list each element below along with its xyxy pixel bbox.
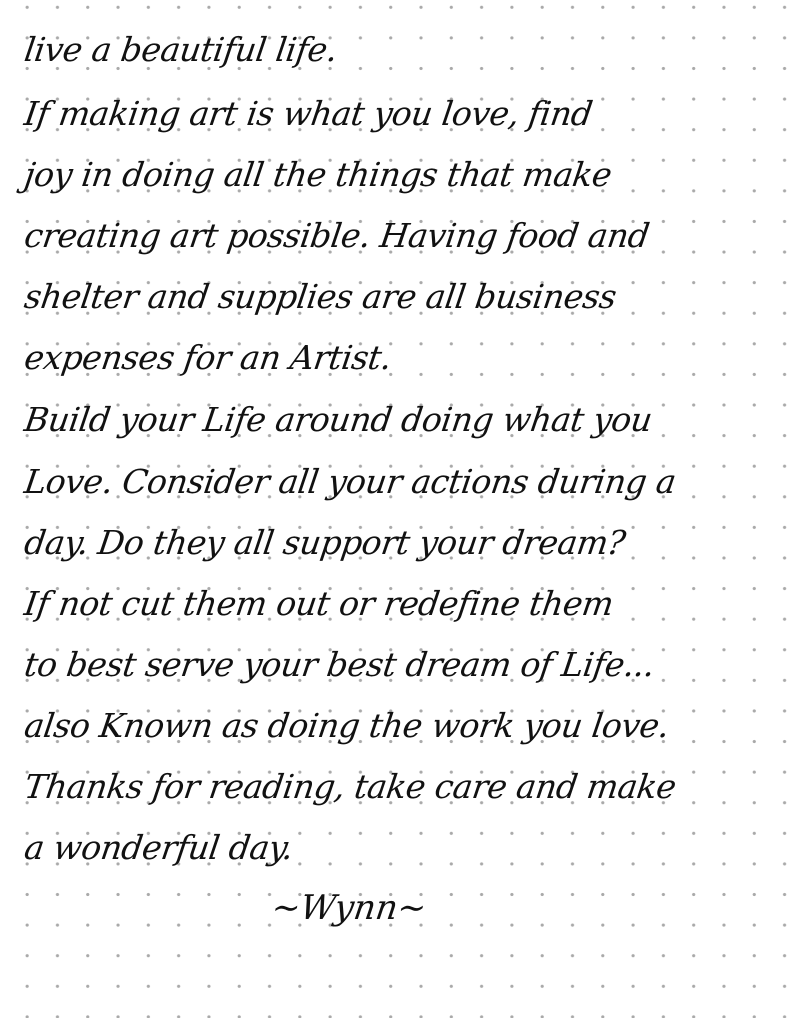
text-line: Build your Life around doing what you <box>22 400 654 439</box>
signature: ~Wynn~ <box>269 888 429 928</box>
text-line: creating art possible. Having food and <box>22 216 652 255</box>
text-line: live a beautiful life. <box>22 30 340 69</box>
text-line: joy in doing all the things that make <box>22 155 614 194</box>
text-line: Thanks for reading, take care and make <box>22 767 678 806</box>
text-line: shelter and supplies are all business <box>22 277 619 316</box>
text-line: expenses for an Artist. <box>22 338 394 377</box>
text-line: to best serve your best dream of Life... <box>22 645 657 684</box>
text-line: day. Do they all support your dream? <box>22 523 628 562</box>
handwritten-text: live a beautiful life. If making art is … <box>0 0 796 1018</box>
dot-grid-page: live a beautiful life. If making art is … <box>0 0 796 1018</box>
text-line: Love. Consider all your actions during a <box>22 462 678 501</box>
text-line: If making art is what you love, find <box>22 94 595 133</box>
text-line: a wonderful day. <box>22 828 296 867</box>
text-line: also Known as doing the work you love. <box>22 706 672 745</box>
text-line: If not cut them out or redefine them <box>22 584 616 623</box>
